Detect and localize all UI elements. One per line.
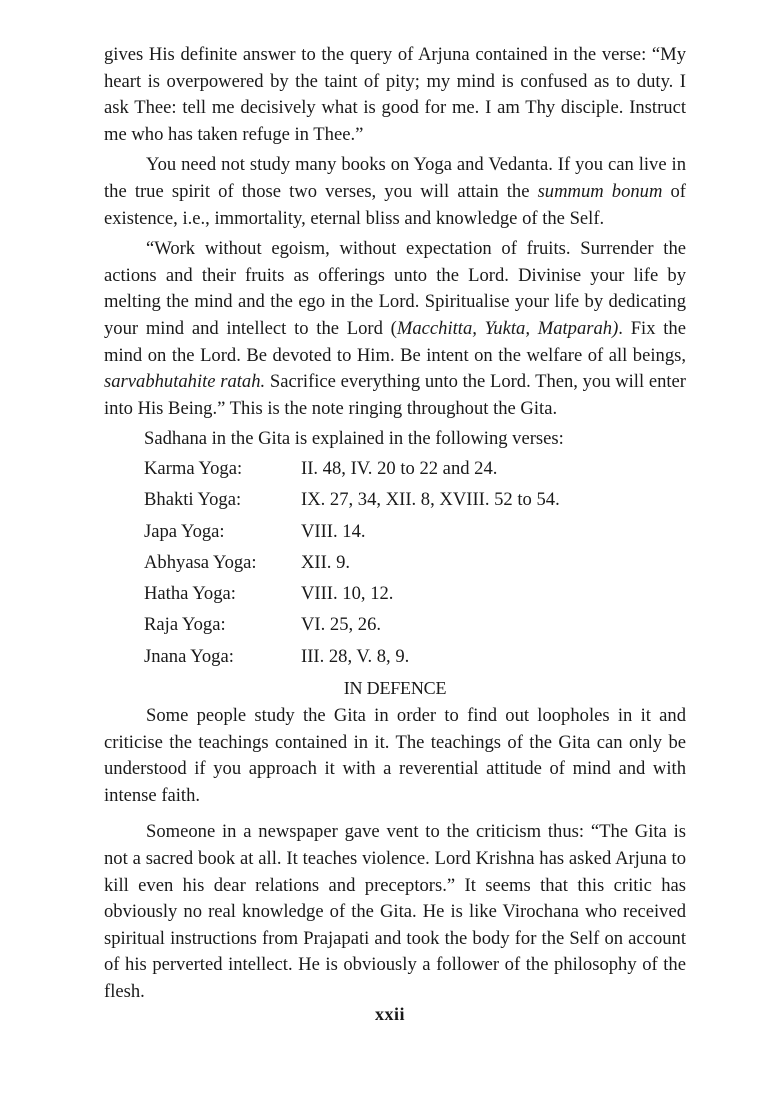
verse-row-raja-yoga: Raja Yoga: VI. 25, 26. xyxy=(144,609,686,640)
paragraph-loopholes: Some people study the Gita in order to f… xyxy=(104,703,686,809)
verse-refs: III. 28, V. 8, 9. xyxy=(301,641,686,672)
verse-refs: II. 48, IV. 20 to 22 and 24. xyxy=(301,453,686,484)
paragraph-text: Sadhana in the Gita is explained in the … xyxy=(144,428,564,449)
verse-label: Raja Yoga: xyxy=(144,609,301,640)
verse-label: Bhakti Yoga: xyxy=(144,484,301,515)
paragraph-yoga-vedanta: You need not study many books on Yoga an… xyxy=(104,152,686,232)
paragraph-text: Some people study the Gita in order to f… xyxy=(104,705,686,806)
verse-label: Hatha Yoga: xyxy=(144,578,301,609)
verse-label: Abhyasa Yoga: xyxy=(144,547,301,578)
paragraph-arjuna-query: gives His definite answer to the query o… xyxy=(104,42,686,148)
verse-refs: VIII. 10, 12. xyxy=(301,578,686,609)
book-page: gives His definite answer to the query o… xyxy=(104,42,686,1006)
verse-refs: VI. 25, 26. xyxy=(301,609,686,640)
paragraph-work-without-egoism: “Work without egoism, without expectatio… xyxy=(104,236,686,422)
verse-label: Japa Yoga: xyxy=(144,516,301,547)
verse-refs: IX. 27, 34, XII. 8, XVIII. 52 to 54. xyxy=(301,484,686,515)
paragraph-newspaper-criticism: Someone in a newspaper gave vent to the … xyxy=(104,819,686,1005)
paragraph-text: gives His definite answer to the query o… xyxy=(104,44,686,145)
italic-term-summum-bonum: summum bonum xyxy=(538,181,663,202)
section-heading: IN DEFENCE xyxy=(104,675,686,701)
verse-row-bhakti-yoga: Bhakti Yoga: IX. 27, 34, XII. 8, XVIII. … xyxy=(144,484,686,515)
paragraph-sadhana-intro: Sadhana in the Gita is explained in the … xyxy=(104,426,686,453)
page-number: xxii xyxy=(0,1004,780,1025)
verse-row-abhyasa-yoga: Abhyasa Yoga: XII. 9. xyxy=(144,547,686,578)
italic-term-macchitta: Macchitta, Yukta, Matparah) xyxy=(397,318,618,339)
italic-term-sarvabhutahite: sarvabhutahite ratah. xyxy=(104,371,265,392)
verse-label: Jnana Yoga: xyxy=(144,641,301,672)
verse-row-jnana-yoga: Jnana Yoga: III. 28, V. 8, 9. xyxy=(144,641,686,672)
verse-reference-list: Karma Yoga: II. 48, IV. 20 to 22 and 24.… xyxy=(104,453,686,672)
verse-refs: VIII. 14. xyxy=(301,516,686,547)
verse-row-karma-yoga: Karma Yoga: II. 48, IV. 20 to 22 and 24. xyxy=(144,453,686,484)
verse-row-hatha-yoga: Hatha Yoga: VIII. 10, 12. xyxy=(144,578,686,609)
verse-label: Karma Yoga: xyxy=(144,453,301,484)
paragraph-text: Someone in a newspaper gave vent to the … xyxy=(104,821,686,1002)
verse-row-japa-yoga: Japa Yoga: VIII. 14. xyxy=(144,516,686,547)
verse-refs: XII. 9. xyxy=(301,547,686,578)
